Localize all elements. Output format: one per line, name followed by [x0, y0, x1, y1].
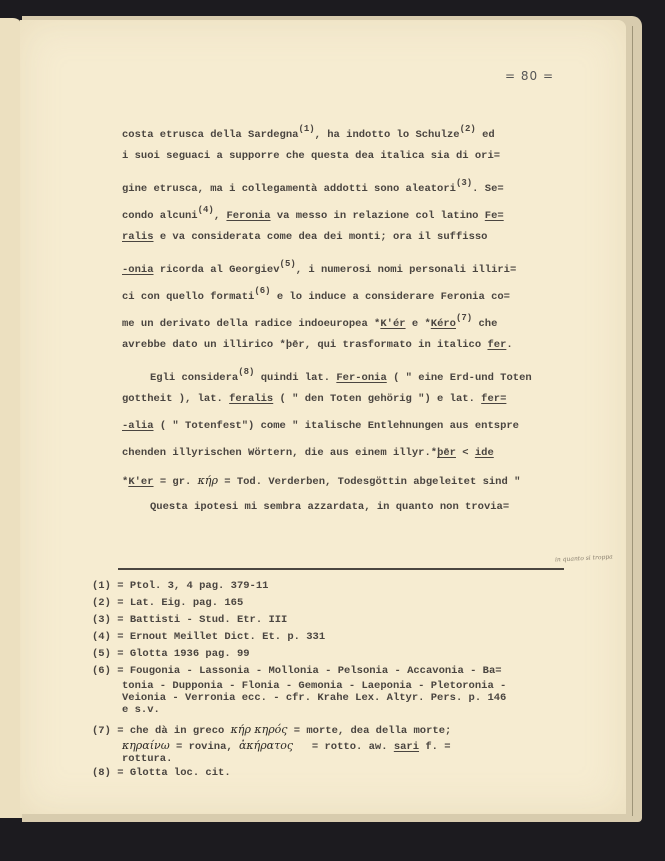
footnote-7-continuation: rottura.	[92, 753, 572, 765]
footnote-reference: (8)	[238, 367, 254, 377]
text-line: gine etrusca, ma i collegamentà addotti …	[122, 170, 562, 197]
footnote-text: = morte, dea della morte;	[287, 725, 451, 737]
text-span: ed	[476, 129, 495, 141]
footnote-reference: (2)	[460, 124, 476, 134]
text-line: me un derivato della radice indoeuropea …	[122, 305, 562, 332]
text-span: i suoi seguaci a supporre che questa dea…	[122, 150, 500, 162]
text-span: condo alcuni	[122, 210, 198, 222]
underlined-term: Fer-onia	[336, 372, 386, 384]
footnote-4: (4) = Ernout Meillet Dict. Et. p. 331	[92, 629, 572, 646]
footnote-reference: (1)	[298, 124, 314, 134]
footnote-text: = Lat. Eig. pag. 165	[117, 597, 243, 609]
underlined-term: sari	[394, 741, 419, 753]
footnote-number: (5)	[92, 648, 111, 660]
text-span: gine etrusca, ma i collegamentà addotti …	[122, 183, 456, 195]
footnote-number: (6)	[92, 665, 111, 677]
footnote-1: (1) = Ptol. 3, 4 pag. 379-11	[92, 578, 572, 595]
text-line: i suoi seguaci a supporre che questa dea…	[122, 143, 562, 170]
footnote-6-continuation: e s.v.	[92, 704, 572, 716]
underlined-term: þēr	[437, 447, 456, 459]
text-line: gottheit ), lat. feralis ( " den Toten g…	[122, 386, 562, 413]
text-span: ricorda al Georgiev	[154, 264, 280, 276]
text-span: ci con quello formati	[122, 291, 254, 303]
footnote-2: (2) = Lat. Eig. pag. 165	[92, 595, 572, 612]
text-span: . Se=	[472, 183, 504, 195]
page-number: = 80 =	[505, 69, 554, 83]
text-line: *K'er = gr. κήρ = Tod. Verderben, Todesg…	[122, 467, 562, 494]
footnote-text: = che dà in greco	[117, 725, 230, 737]
footnote-number: (8)	[92, 767, 111, 779]
text-line: avrebbe dato un illirico *þēr, qui trasf…	[122, 332, 562, 359]
underlined-term: K'er	[128, 476, 153, 488]
text-line: chenden illyrischen Wörtern, die aus ein…	[122, 440, 562, 467]
body-text: costa etrusca della Sardegna(1), ha indo…	[122, 116, 562, 521]
footnote-separator	[118, 568, 564, 570]
underlined-term: ide	[475, 447, 494, 459]
handwritten-greek: κήρ κηρός	[231, 723, 288, 736]
footnote-reference: (6)	[254, 286, 270, 296]
footnote-7: (7) = che dà in greco κήρ κηρός = morte,…	[92, 721, 572, 740]
text-span: quindi lat.	[254, 372, 336, 384]
underlined-term: fer=	[481, 393, 506, 405]
underlined-term: -onia	[122, 264, 154, 276]
text-line: ralis e va considerata come dea dei mont…	[122, 224, 562, 251]
footnote-7-continuation: κηραίνω = rovina, ἀκήρατος = rotto. aw. …	[92, 740, 572, 753]
text-line: Egli considera(8) quindi lat. Fer-onia (…	[122, 359, 562, 386]
text-span: = Tod. Verderben, Todesgöttin abgeleitet…	[218, 476, 520, 488]
text-span: ( " eine Erd-und Toten	[387, 372, 532, 384]
footnote-text: = rovina,	[170, 741, 239, 753]
footnote-text: = Ernout Meillet Dict. Et. p. 331	[117, 631, 325, 643]
text-span: e lo induce a considerare Feronia co=	[271, 291, 510, 303]
footnote-text: = Battisti - Stud. Etr. III	[117, 614, 287, 626]
footnote-reference: (7)	[456, 313, 472, 323]
text-span: = gr.	[154, 476, 198, 488]
underlined-term: ralis	[122, 231, 154, 243]
underlined-term: fer	[487, 339, 506, 351]
text-line: costa etrusca della Sardegna(1), ha indo…	[122, 116, 562, 143]
footnote-number: (1)	[92, 580, 111, 592]
text-span: e *	[406, 318, 431, 330]
footnote-number: (3)	[92, 614, 111, 626]
text-span: , i numerosi nomi personali illiri=	[296, 264, 517, 276]
footnote-reference: (4)	[198, 205, 214, 215]
handwritten-greek: ἀκήρατος	[239, 739, 293, 752]
text-span: chenden illyrischen Wörtern, die aus ein…	[122, 447, 437, 459]
footnote-8: (8) = Glotta loc. cit.	[92, 765, 572, 782]
underlined-term: Feronia	[226, 210, 270, 222]
text-span: ( " Totenfest") come " italische Entlehn…	[154, 420, 519, 432]
footnote-number: (7)	[92, 725, 111, 737]
text-line: -alia ( " Totenfest") come " italische E…	[122, 413, 562, 440]
text-span: , ha indotto lo Schulze	[315, 129, 460, 141]
text-line: ci con quello formati(6) e lo induce a c…	[122, 278, 562, 305]
footnote-text: = Fougonia - Lassonia - Mollonia - Pelso…	[117, 665, 501, 677]
footnote-reference: (3)	[456, 178, 472, 188]
text-span: costa etrusca della Sardegna	[122, 129, 298, 141]
footnote-reference: (5)	[280, 259, 296, 269]
footnote-6-continuation: tonia - Dupponia - Flonia - Gemonia - La…	[92, 680, 572, 692]
underlined-term: feralis	[229, 393, 273, 405]
footnote-5: (5) = Glotta 1936 pag. 99	[92, 646, 572, 663]
text-span: gottheit ), lat.	[122, 393, 229, 405]
text-span: e va considerata come dea dei monti; ora…	[154, 231, 488, 243]
footnote-text: = Glotta loc. cit.	[117, 767, 230, 779]
footnotes: (1) = Ptol. 3, 4 pag. 379-11 (2) = Lat. …	[92, 578, 572, 782]
text-span: che	[472, 318, 497, 330]
text-span: Questa ipotesi mi sembra azzardata, in q…	[150, 501, 509, 513]
text-span: me un derivato della radice indoeuropea …	[122, 318, 380, 330]
footnote-text: f. =	[419, 741, 451, 753]
text-span: ,	[214, 210, 227, 222]
text-span: <	[456, 447, 475, 459]
text-span: .	[506, 339, 512, 351]
footnote-6-continuation: Veionia - Verronia ecc. - cfr. Krahe Lex…	[92, 692, 572, 704]
text-line: Questa ipotesi mi sembra azzardata, in q…	[122, 494, 562, 521]
text-span: ( " den Toten gehörig ") e lat.	[273, 393, 481, 405]
underlined-term: Fe=	[485, 210, 504, 222]
underlined-term: K'ér	[380, 318, 405, 330]
text-line: -onia ricorda al Georgiev(5), i numerosi…	[122, 251, 562, 278]
footnote-text: = Ptol. 3, 4 pag. 379-11	[117, 580, 268, 592]
page-edge	[632, 26, 633, 816]
underlined-term: Kéro	[431, 318, 456, 330]
handwritten-greek: κηραίνω	[122, 739, 170, 752]
text-line: condo alcuni(4), Feronia va messo in rel…	[122, 197, 562, 224]
footnote-text: = Glotta 1936 pag. 99	[117, 648, 249, 660]
text-span: Egli considera	[150, 372, 238, 384]
footnote-number: (2)	[92, 597, 111, 609]
footnote-number: (4)	[92, 631, 111, 643]
footnote-3: (3) = Battisti - Stud. Etr. III	[92, 612, 572, 629]
text-span: va messo in relazione col latino	[271, 210, 485, 222]
footnote-text: = rotto. aw.	[293, 741, 394, 753]
handwritten-greek: κήρ	[198, 474, 218, 487]
footnote-6: (6) = Fougonia - Lassonia - Mollonia - P…	[92, 663, 572, 680]
underlined-term: -alia	[122, 420, 154, 432]
text-span: avrebbe dato un illirico *þēr, qui trasf…	[122, 339, 487, 351]
